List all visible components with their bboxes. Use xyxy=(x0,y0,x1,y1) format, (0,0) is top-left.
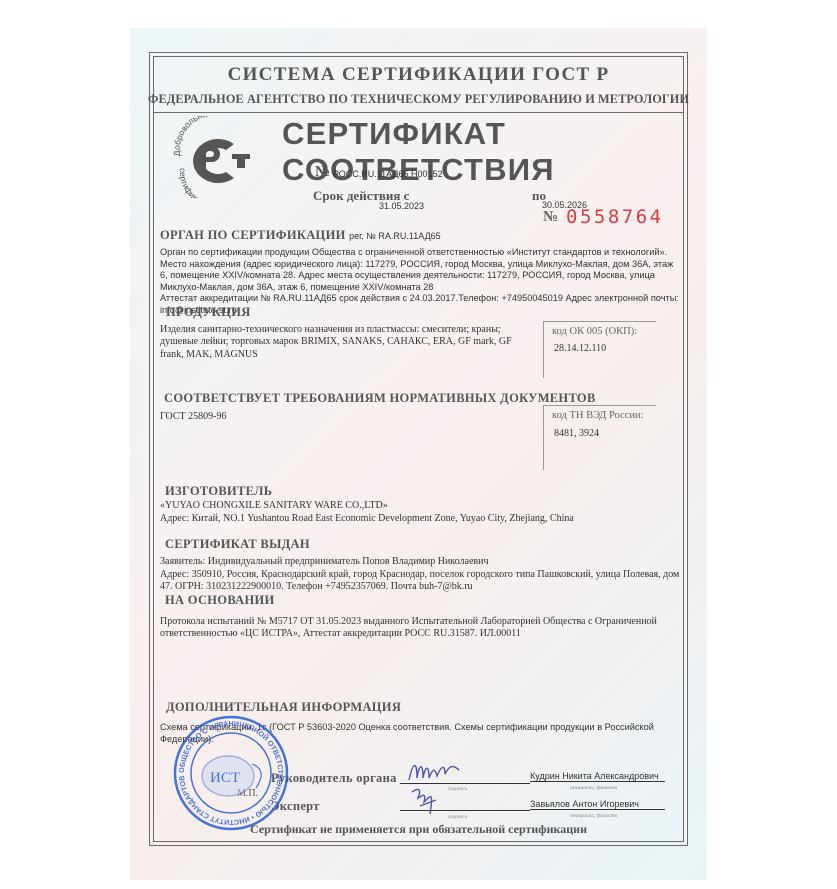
stamp-center-text: ИСТ xyxy=(210,770,240,786)
valid-from-date: 31.05.2023 xyxy=(379,201,424,211)
okp-code-label: код ОК 005 (ОКП): xyxy=(552,326,656,337)
manufacturer-name: «YUYAO CHONGXILE SANITARY WARE CO.,LTD» xyxy=(160,500,388,512)
agency-name: ФЕДЕРАЛЬНОЕ АГЕНТСТВО ПО ТЕХНИЧЕСКОМУ РЕ… xyxy=(130,92,707,107)
okp-code-box: код ОК 005 (ОКП): 28.14.12.110 xyxy=(543,321,656,378)
rst-logo-icon: Добровольная сертификация xyxy=(170,116,256,198)
certification-body-reg: рег. № RA.RU.11АД65 xyxy=(349,231,441,241)
certificate-number-label: № xyxy=(315,164,330,181)
system-title: СИСТЕМА СЕРТИФИКАЦИИ ГОСТ Р xyxy=(130,64,707,86)
standards-heading: СООТВЕТСТВУЕТ ТРЕБОВАНИЯМ НОРМАТИВНЫХ ДО… xyxy=(164,391,596,406)
standards-text: ГОСТ 25809-96 xyxy=(160,411,226,423)
product-heading: ПРОДУКЦИЯ xyxy=(166,305,251,320)
header-divider xyxy=(153,112,684,113)
serial-number-label: № xyxy=(543,209,558,226)
expert-signature-caption: подпись xyxy=(448,814,467,820)
certification-body-title: ОРГАН ПО СЕРТИФИКАЦИИ xyxy=(160,228,346,242)
tnved-code-value: 8481, 3924 xyxy=(554,428,656,439)
applicant: Заявитель: Индивидуальный предпринимател… xyxy=(160,556,489,568)
okp-code-value: 28.14.12.110 xyxy=(554,343,656,354)
head-signature-caption: подпись xyxy=(448,786,467,792)
applicant-address: Адрес: 350910, Россия, Краснодарский кра… xyxy=(160,569,680,594)
additional-info-heading: ДОПОЛНИТЕЛЬНАЯ ИНФОРМАЦИЯ xyxy=(166,700,401,715)
manufacturer-heading: ИЗГОТОВИТЕЛЬ xyxy=(165,484,272,499)
tnved-code-box: код ТН ВЭД России: 8481, 3924 xyxy=(543,405,656,470)
issued-to-heading: СЕРТИФИКАТ ВЫДАН xyxy=(165,537,310,552)
basis-heading: НА ОСНОВАНИИ xyxy=(165,593,275,608)
expert-signature-icon xyxy=(408,780,448,820)
certificate-number: РОСС.RU.11АД65.Н00152 xyxy=(333,169,443,179)
head-name: Кудрин Никита Александрович xyxy=(530,771,665,782)
serial-number: 0558764 xyxy=(566,206,664,228)
product-text: Изделия санитарно-технического назначени… xyxy=(160,324,530,361)
expert-name-caption: инициалы, фамилия xyxy=(570,813,617,819)
certification-body-heading: ОРГАН ПО СЕРТИФИКАЦИИ рег. № RA.RU.11АД6… xyxy=(160,228,441,243)
basis-text: Протокола испытаний № М5717 ОТ 31.05.202… xyxy=(160,616,675,641)
certificate-page: СИСТЕМА СЕРТИФИКАЦИИ ГОСТ Р ФЕДЕРАЛЬНОЕ … xyxy=(130,28,707,880)
head-name-caption: инициалы, фамилия xyxy=(570,785,617,791)
manufacturer-address: Адрес: Китай, NO.1 Yushantou Road East E… xyxy=(160,513,574,525)
organization-stamp-icon: ОБЩЕСТВО С ОГРАНИЧЕННОЙ ОТВЕТСТВЕННОСТЬЮ… xyxy=(172,714,290,832)
expert-name: Завьялов Антон Игоревич xyxy=(530,799,665,810)
tnved-code-label: код ТН ВЭД России: xyxy=(552,410,656,421)
